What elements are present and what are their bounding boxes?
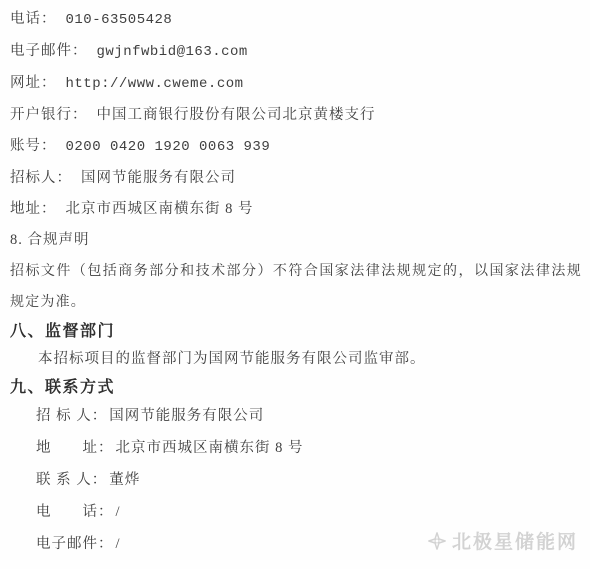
field-label: 网址： xyxy=(10,75,57,91)
watermark-text: 北极星储能网 xyxy=(452,527,578,554)
field-value: 中国工商银行股份有限公司北京黄楼支行 xyxy=(97,107,376,123)
account-number-line: 账号：0200 0420 1920 0063 939 xyxy=(10,131,580,163)
contact-address-line: 地 址：北京市西城区南横东街 8 号 xyxy=(36,432,580,464)
field-value: 0200 0420 1920 0063 939 xyxy=(66,139,271,155)
field-label: 电 话： xyxy=(36,504,114,520)
field-label: 开户银行： xyxy=(10,107,88,123)
bank-line: 开户银行：中国工商银行股份有限公司北京黄楼支行 xyxy=(10,100,580,131)
field-value: / xyxy=(116,536,121,552)
contact-person-line: 联 系 人：董烨 xyxy=(36,464,580,496)
field-label: 招 标 人： xyxy=(36,408,107,424)
field-label: 地 址： xyxy=(36,440,114,456)
field-label: 电话： xyxy=(10,11,57,27)
field-value: 国网节能服务有限公司 xyxy=(81,170,236,186)
address-line: 地址：北京市西城区南横东街 8 号 xyxy=(10,194,580,225)
section-heading-contact: 九、联系方式 xyxy=(10,374,580,400)
website-line: 网址：http://www.cweme.com xyxy=(10,68,580,100)
supervision-body: 本招标项目的监督部门为国网节能服务有限公司监审部。 xyxy=(10,344,580,374)
field-value: 国网节能服务有限公司 xyxy=(109,408,264,424)
tenderer-line: 招标人：国网节能服务有限公司 xyxy=(10,163,580,194)
compliance-heading: 8. 合规声明 xyxy=(10,225,580,256)
bidder-bank-contact-block: 电话：010-63505428 电子邮件：gwjnfwbid@163.com 网… xyxy=(10,4,580,225)
field-label: 账号： xyxy=(10,138,57,154)
contact-tenderer-line: 招 标 人：国网节能服务有限公司 xyxy=(36,400,580,432)
tender-document-page: 电话：010-63505428 电子邮件：gwjnfwbid@163.com 网… xyxy=(0,0,590,560)
field-label: 电子邮件： xyxy=(36,536,114,552)
field-value: / xyxy=(116,504,121,520)
field-value: 董烨 xyxy=(109,472,140,488)
field-value: 010-63505428 xyxy=(66,12,173,28)
watermark: 北极星储能网 xyxy=(427,527,578,554)
field-label: 地址： xyxy=(10,201,57,217)
field-value: http://www.cweme.com xyxy=(66,76,244,92)
contact-phone-line: 电 话：/ xyxy=(36,496,580,528)
field-label: 电子邮件： xyxy=(10,43,88,59)
compliance-body: 招标文件（包括商务部分和技术部分）不符合国家法律法规规定的，以国家法律法规规定为… xyxy=(10,256,582,318)
section-heading-supervision: 八、监督部门 xyxy=(10,318,580,344)
field-value: 北京市西城区南横东街 8 号 xyxy=(66,201,254,217)
bjx-star-logo-icon xyxy=(427,531,447,551)
field-label: 联 系 人： xyxy=(36,472,107,488)
field-value: gwjnfwbid@163.com xyxy=(97,44,248,60)
field-value: 北京市西城区南横东街 8 号 xyxy=(116,440,304,456)
email-line: 电子邮件：gwjnfwbid@163.com xyxy=(10,36,580,68)
phone-line: 电话：010-63505428 xyxy=(10,4,580,36)
field-label: 招标人： xyxy=(10,170,72,186)
